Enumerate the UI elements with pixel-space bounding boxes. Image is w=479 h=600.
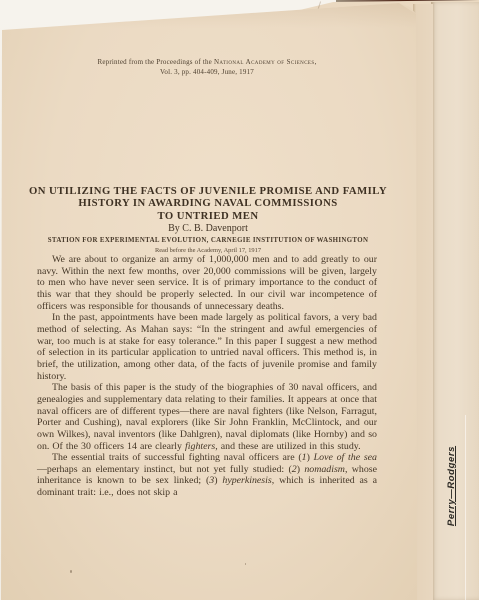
paper-title-line2: HISTORY IN AWARDING NAVAL COMMISSIONS xyxy=(2,197,414,209)
paper-speck xyxy=(70,570,72,573)
paper-title-line3: TO UNTRIED MEN xyxy=(2,210,414,222)
paragraph: The essential traits of successful fight… xyxy=(37,452,377,499)
paragraph: In the past, appointments have been made… xyxy=(37,312,377,382)
paper-speck xyxy=(245,563,246,565)
paper-title-line1: ON UTILIZING THE FACTS OF JUVENILE PROMI… xyxy=(2,185,414,197)
presentation-note: Read before the Academy, April 17, 1917 xyxy=(2,247,414,254)
reprint-source-note: Reprinted from the Proceedings of the Na… xyxy=(0,58,414,77)
edge-label: Perry—Rodgers xyxy=(446,440,458,532)
author-affiliation: STATION FOR EXPERIMENTAL EVOLUTION, CARN… xyxy=(2,237,414,244)
reprint-source-line1: Reprinted from the Proceedings of the Na… xyxy=(0,58,414,68)
paragraph: The basis of this paper is the study of … xyxy=(37,382,377,452)
reprint-source-line2: Vol. 3, pp. 404-409, June, 1917 xyxy=(0,68,414,78)
article-body: We are about to organize an army of 1,00… xyxy=(37,254,377,499)
paper-title: ON UTILIZING THE FACTS OF JUVENILE PROMI… xyxy=(2,185,414,222)
underlying-page-crease xyxy=(465,415,466,600)
paragraph: We are about to organize an army of 1,00… xyxy=(37,254,377,312)
reprint-page: Reprinted from the Proceedings of the Na… xyxy=(0,0,419,600)
author-byline: By C. B. Davenport xyxy=(2,223,414,234)
page-edge-shadow xyxy=(0,0,419,40)
